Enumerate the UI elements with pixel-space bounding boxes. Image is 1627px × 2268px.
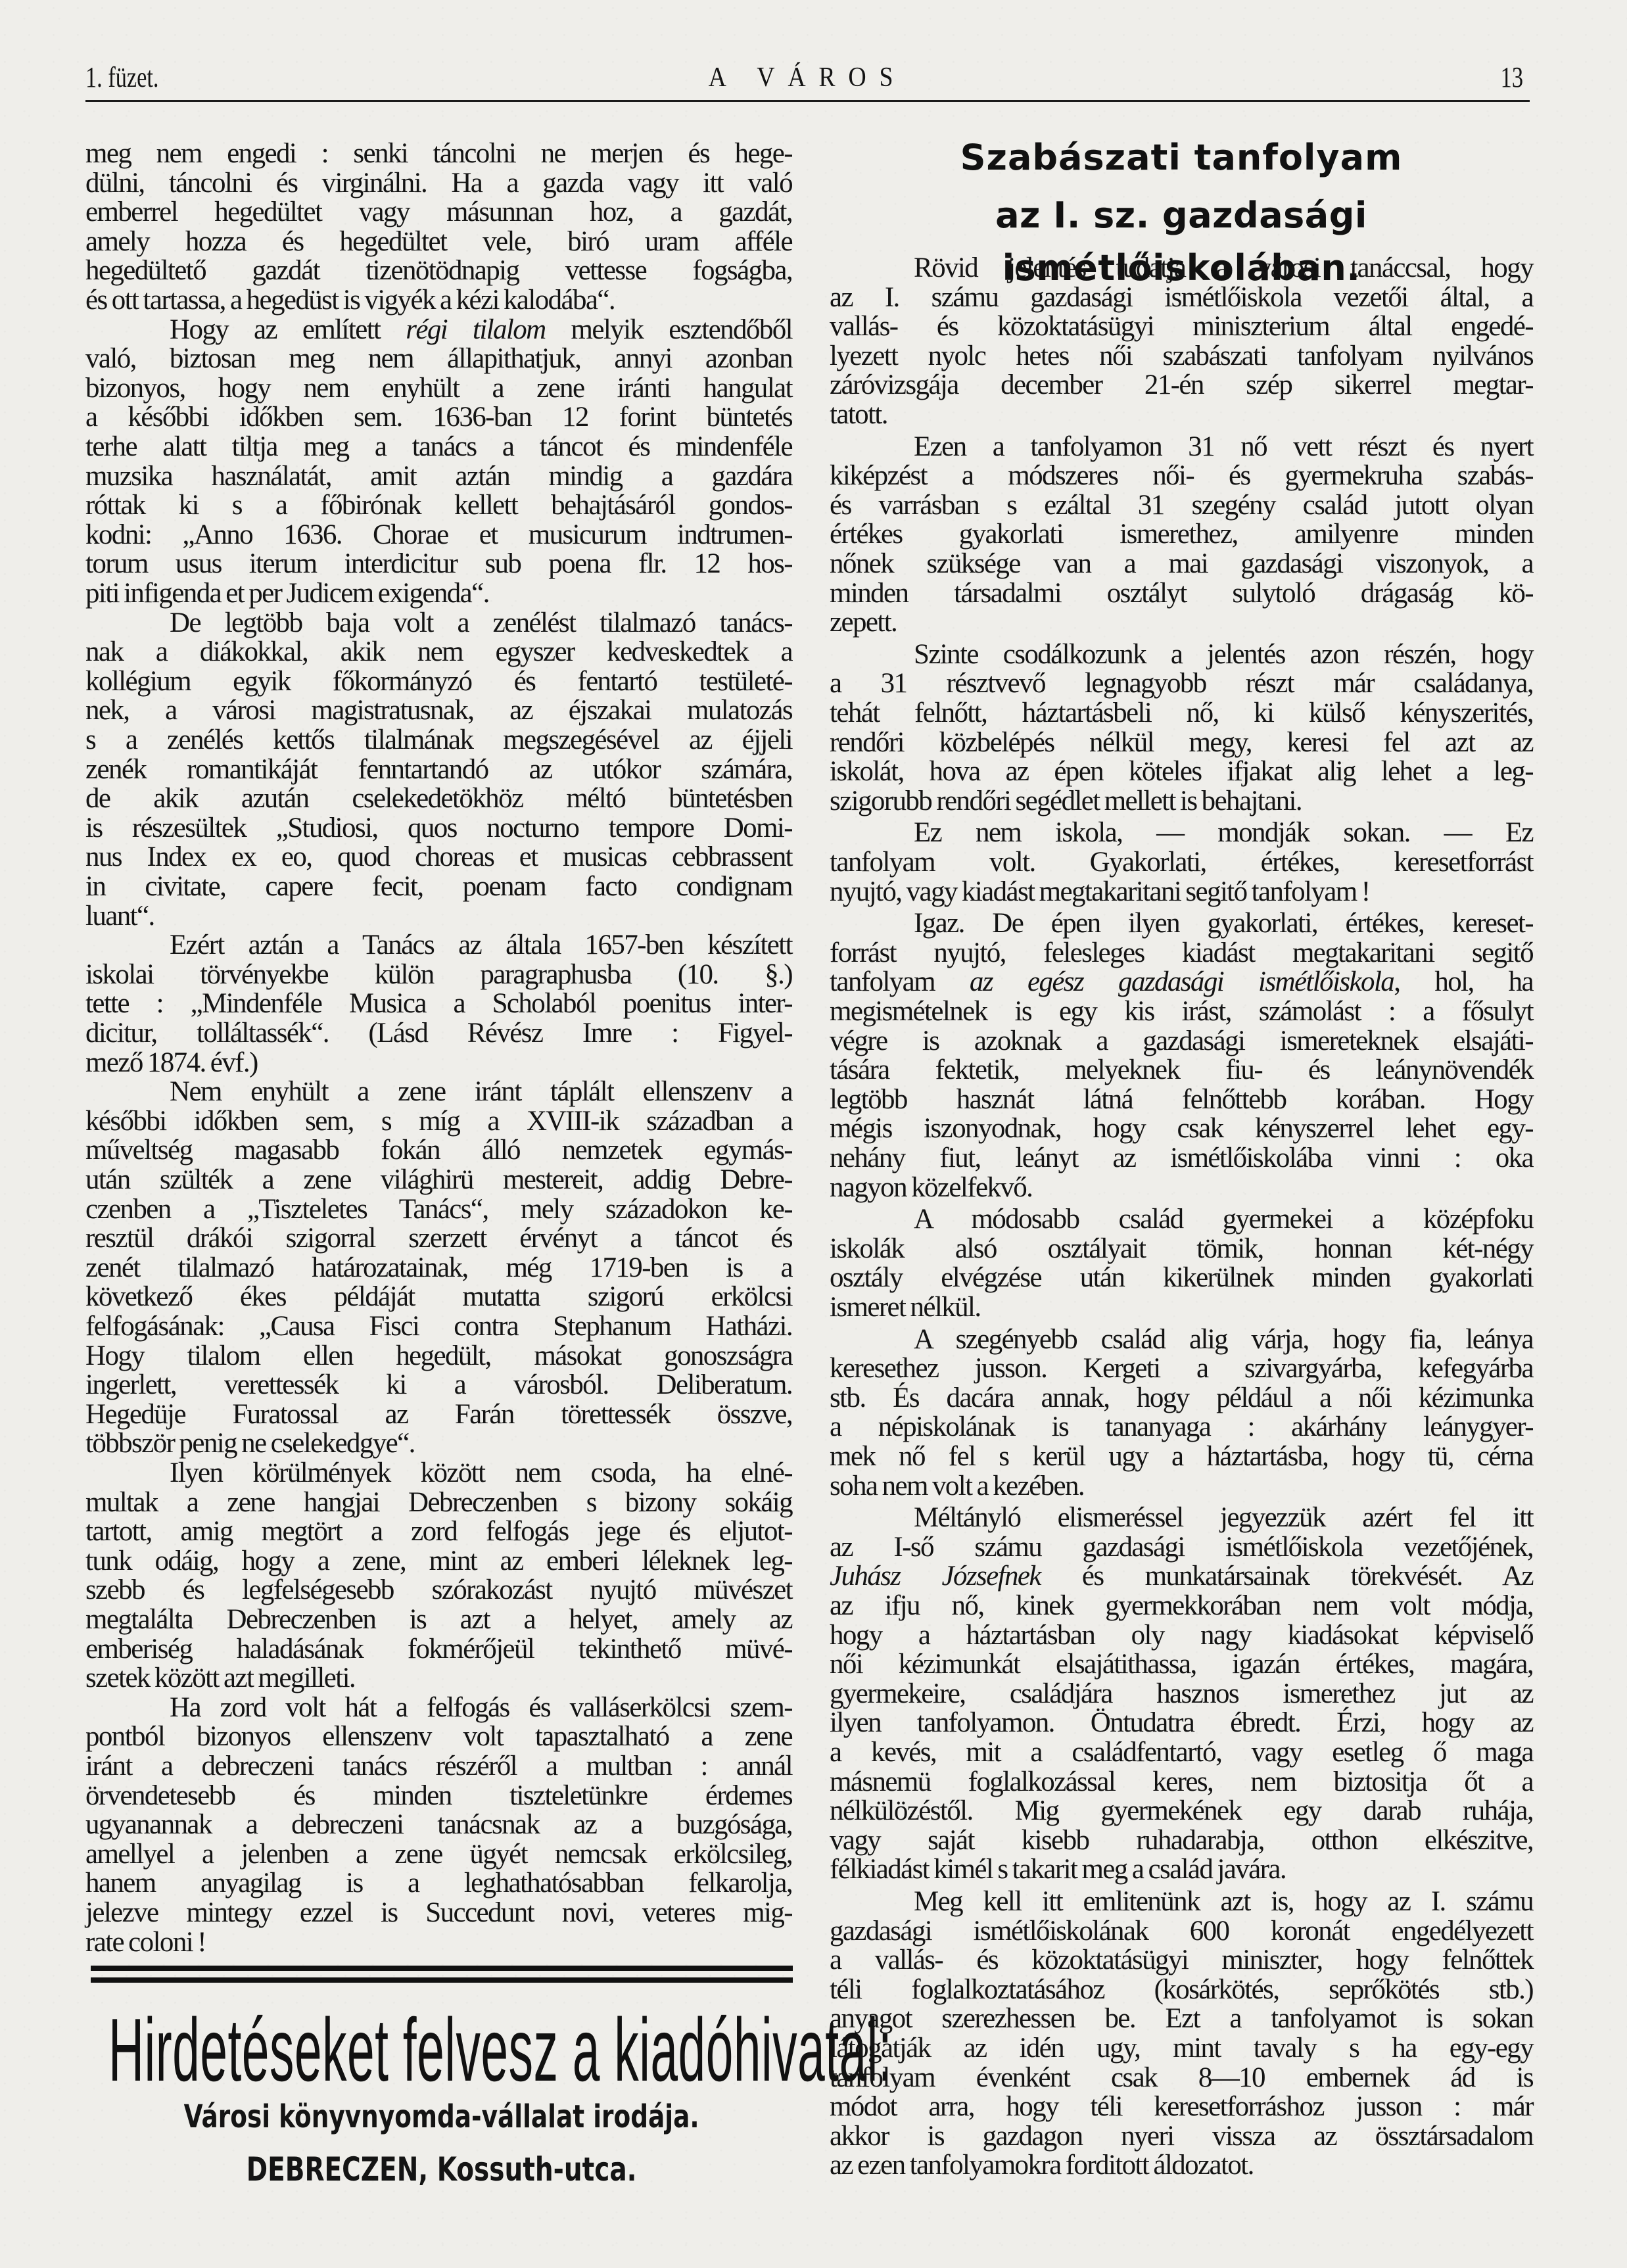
text-line-content: értékes gyakorlati ismerethez, amilyenre… (830, 520, 1533, 550)
text-line: akkor is gazdagon nyeri vissza az össztá… (830, 2122, 1533, 2152)
text-line: kodni: „Anno 1636. Chorae et musicurum i… (85, 521, 792, 550)
text-line-content: Ezen a tanfolyamon 31 nő vett részt és n… (830, 433, 1533, 462)
text-line: piti infigenda et per Judicem exigenda“. (85, 579, 792, 609)
text-line: tatott. (830, 400, 1533, 430)
text-line-content: pontból bizonyos ellenszenv volt tapaszt… (85, 1722, 792, 1752)
text-line: megismételnek is egy kis irást, számolás… (830, 997, 1533, 1027)
text-line-content: torum usus iterum interdicitur sub poena… (85, 550, 792, 579)
text-line: nőnek szüksége van a mai gazdasági viszo… (830, 550, 1533, 579)
text-line-content: az I. számu gazdasági ismétlőiskola veze… (830, 283, 1533, 313)
text-line: De legtöbb baja volt a zenélést tilalmaz… (85, 609, 792, 638)
text-line: Ezen a tanfolyamon 31 nő vett részt és n… (830, 433, 1533, 462)
text-line-content: mek nő fel s kerül ugy a háztartásba, ho… (830, 1442, 1533, 1472)
text-line-content: nus Index ex eo, quod choreas et musicas… (85, 843, 792, 872)
text-line: iskolák alsó osztályait tömik, honnan ké… (830, 1235, 1533, 1264)
text-line: zepett. (830, 608, 1533, 638)
text-line: gazdasági ismétlőiskolának 600 koronát e… (830, 1917, 1533, 1947)
text-line: az I. számu gazdasági ismétlőiskola veze… (830, 283, 1533, 313)
text-line: félkiadást kimél s takarit meg a család … (830, 1855, 1533, 1885)
advertisement-rule-bottom (91, 1977, 793, 1983)
text-line-content: és ott tartassa, a hegedüst is vigyék a … (85, 286, 792, 316)
text-line-content: Juhász Józsefnek és munkatársainak törek… (830, 1562, 1533, 1592)
text-line-content: rendőri közbelépés nélkül megy, keresi f… (830, 728, 1533, 758)
text-line-content: A módosabb család gyermekei a középfoku (830, 1205, 1533, 1235)
text-line-content: másnemü foglalkozással keres, nem biztos… (830, 1768, 1533, 1797)
article-headline-line-1: Szabászati tanfolyam (830, 131, 1533, 184)
text-line: záróvizsgája december 21-én szép sikerre… (830, 371, 1533, 400)
text-line: resztül drákói szigorral szerzett érvény… (85, 1224, 792, 1254)
text-line-content: osztály elvégzése után kikerülnek minden… (830, 1264, 1533, 1293)
text-line-content: műveltség magasabb fokán álló nemzetek e… (85, 1136, 792, 1166)
text-line-content: muzsika használatát, amit aztán mindig a… (85, 462, 792, 492)
text-line: tette : „Mindenféle Musica a Scholaból p… (85, 989, 792, 1019)
text-line: czenben a „Tiszteletes Tanács“, mely szá… (85, 1195, 792, 1225)
text-line-content: szebb és legfelségesebb szórakozást nyuj… (85, 1576, 792, 1605)
text-line: módot arra, hogy téli keresetforráshoz j… (830, 2092, 1533, 2122)
advertisement-address: DEBRECZEN, Kossuth-utca. (91, 2150, 793, 2189)
text-line: meg nem engedi : senki táncolni ne merje… (85, 139, 792, 169)
text-line-content: nak a diákokkal, akik nem egyszer kedves… (85, 638, 792, 667)
text-line-content: Ezért aztán a Tanács az általa 1657-ben … (85, 931, 792, 960)
text-line-content: Méltányló elismeréssel jegyezzük azért f… (830, 1503, 1533, 1533)
text-line: megtalálta Debreczenben is azt a helyet,… (85, 1605, 792, 1635)
text-line: amely hozza és hegedültet vele, biró ura… (85, 227, 792, 257)
text-line-content: tartott, amig megtört a zord felfogás je… (85, 1517, 792, 1547)
text-line: hanem anyagilag is a leghathatósabban fe… (85, 1869, 792, 1899)
text-line-content: vallás- és közoktatásügyi miniszterium á… (830, 312, 1533, 342)
text-line: Ha zord volt hát a felfogás és valláserk… (85, 1693, 792, 1723)
text-line: Meg kell itt emlitenünk azt is, hogy az … (830, 1887, 1533, 1917)
text-line: való, biztosan meg nem állapithatjuk, an… (85, 344, 792, 374)
text-line-content: a későbbi időkben sem. 1636-ban 12 forin… (85, 403, 792, 433)
text-line: Hogy az említett régi tilalom melyik esz… (85, 316, 792, 345)
text-line: dicitur, tolláltassék“. (Lásd Révész Imr… (85, 1019, 792, 1049)
text-line-content: legtöbb hasznát látná felnőttebb korában… (830, 1085, 1533, 1115)
text-line-content: nek, a városi magistratusnak, az éjszaka… (85, 696, 792, 726)
text-line-content: zenét tilalmazó határozatainak, még 1719… (85, 1254, 792, 1283)
text-line: Szinte csodálkozunk a jelentés azon rész… (830, 640, 1533, 670)
text-line-content: Hogy tilalom ellen hegedült, másokat gon… (85, 1342, 792, 1371)
text-line: róttak ki s a főbirónak kellett behajtás… (85, 491, 792, 521)
text-line: bizonyos, hogy nem enyhült a zene iránti… (85, 374, 792, 404)
text-line: kiképzést a módszeres női- és gyermekruh… (830, 461, 1533, 491)
text-line: a vallás- és közoktatásügyi miniszter, h… (830, 1946, 1533, 1975)
text-line: keresethez jusson. Kergeti a szivargyárb… (830, 1354, 1533, 1384)
text-line: ismeret nélkül. (830, 1293, 1533, 1323)
text-line: mégis iszonyodnak, hogy csak kényszerrel… (830, 1114, 1533, 1144)
text-line-content: mező 1874. évf.) (85, 1049, 792, 1078)
text-line: nak a diákokkal, akik nem egyszer kedves… (85, 638, 792, 667)
text-line: forrást nyujtó, felesleges kiadást megta… (830, 939, 1533, 968)
text-line-content: terhe alatt tiltja meg a tanács a táncot… (85, 433, 792, 462)
text-line-content: szetek között azt megilleti. (85, 1664, 792, 1693)
text-line: a kevés, mit a családfentartó, vagy eset… (830, 1738, 1533, 1768)
newspaper-page: 1. füzet. A VÁROS 13 meg nem engedi : se… (0, 0, 1627, 2268)
text-line: emberiség haladásának fokmérőjeül tekint… (85, 1635, 792, 1665)
text-line: műveltség magasabb fokán álló nemzetek e… (85, 1136, 792, 1166)
text-line: és varrásban s ezáltal 31 szegény család… (830, 491, 1533, 521)
text-line-content: stb. És dacára annak, hogy például a női… (830, 1384, 1533, 1413)
text-line: tására fektetik, melyeknek fiu- és leány… (830, 1056, 1533, 1085)
text-line-content: megtalálta Debreczenben is azt a helyet,… (85, 1605, 792, 1635)
text-line: szetek között azt megilleti. (85, 1664, 792, 1693)
text-line: az ifju nő, kinek gyermekkorában nem vol… (830, 1592, 1533, 1621)
text-line: zenék romantikáját fenntartandó az utóko… (85, 755, 792, 785)
text-line: zenét tilalmazó határozatainak, még 1719… (85, 1254, 792, 1283)
text-line-content: félkiadást kimél s takarit meg a család … (830, 1855, 1533, 1885)
text-line: következő ékes példáját mutatta szigorú … (85, 1283, 792, 1312)
text-line-content: nyujtó, vagy kiadást megtakaritani segit… (830, 878, 1533, 907)
text-line: örvendetesebb és minden tiszteletünkre é… (85, 1782, 792, 1811)
text-line: későbbi időkben sem, s míg a XVIII-ik sz… (85, 1107, 792, 1137)
text-line-content: is részesültek „Studiosi, quos nocturno … (85, 814, 792, 843)
text-line-content: tatott. (830, 400, 1533, 430)
text-line-content: A szegényebb család alig várja, hogy fia… (830, 1325, 1533, 1355)
text-line: torum usus iterum interdicitur sub poena… (85, 550, 792, 579)
text-line: Ezért aztán a Tanács az általa 1657-ben … (85, 931, 792, 960)
text-line-content: Ez nem iskola, — mondják sokan. — Ez (830, 818, 1533, 848)
text-line: a 31 résztvevő legnagyobb részt már csal… (830, 669, 1533, 699)
text-line: rate coloni ! (85, 1928, 792, 1958)
text-line: rendőri közbelépés nélkül megy, keresi f… (830, 728, 1533, 758)
text-line-content: akkor is gazdagon nyeri vissza az össztá… (830, 2122, 1533, 2152)
text-line: a későbbi időkben sem. 1636-ban 12 forin… (85, 403, 792, 433)
text-line: az ezen tanfolyamokra forditott áldozato… (830, 2151, 1533, 2181)
text-line-content: gazdasági ismétlőiskolának 600 koronát e… (830, 1917, 1533, 1947)
text-line: szigorubb rendőri segédlet mellett is be… (830, 787, 1533, 816)
text-line-content: iskolák alsó osztályait tömik, honnan ké… (830, 1235, 1533, 1264)
header-rule (85, 100, 1530, 102)
text-line: anyagot szerezhessen be. Ezt a tanfolyam… (830, 2004, 1533, 2034)
text-line: Méltányló elismeréssel jegyezzük azért f… (830, 1503, 1533, 1533)
text-line: hogy a háztartásban oly nagy kiadásokat … (830, 1621, 1533, 1651)
text-line: jelezve mintegy ezzel is Succedunt novi,… (85, 1899, 792, 1928)
text-line: felfogásának: „Causa Fisci contra Stepha… (85, 1312, 792, 1342)
text-line-content: hegedültető gazdát tizenötödnapig vettes… (85, 256, 792, 286)
text-line-content: ismeret nélkül. (830, 1293, 1533, 1323)
text-line-content: luant“. (85, 902, 792, 932)
text-line-content: multak a zene hangjai Debreczenben s biz… (85, 1488, 792, 1518)
text-line: látogatják az idén ugy, mint tavaly s ha… (830, 2034, 1533, 2064)
text-line-content: módot arra, hogy téli keresetforráshoz j… (830, 2092, 1533, 2122)
text-line-content: örvendetesebb és minden tiszteletünkre é… (85, 1782, 792, 1811)
text-line: Juhász Józsefnek és munkatársainak törek… (830, 1562, 1533, 1592)
text-line: pontból bizonyos ellenszenv volt tapaszt… (85, 1722, 792, 1752)
text-line-content: tehát felnőtt, háztartásbeli nő, ki küls… (830, 699, 1533, 728)
text-line: végre is azoknak a gazdasági ismeretekne… (830, 1027, 1533, 1056)
text-line: ingerlett, verettessék ki a városból. De… (85, 1371, 792, 1400)
text-line: osztály elvégzése után kikerülnek minden… (830, 1264, 1533, 1293)
text-line: tanfolyam az egész gazdasági ismétlőisko… (830, 968, 1533, 997)
text-line-content: lyezett nyolc hetes női szabászati tanfo… (830, 342, 1533, 371)
text-line-content: ingerlett, verettessék ki a városból. De… (85, 1371, 792, 1400)
text-line: Rövid jelentés tudatja a városi tanáccsa… (830, 254, 1533, 283)
text-line-content: dicitur, tolláltassék“. (Lásd Révész Imr… (85, 1019, 792, 1049)
text-line: vallás- és közoktatásügyi miniszterium á… (830, 312, 1533, 342)
text-line: muzsika használatát, amit aztán mindig a… (85, 462, 792, 492)
text-line: is részesültek „Studiosi, quos nocturno … (85, 814, 792, 843)
text-line-content: s a zenélés kettős tilalmának megszegésé… (85, 726, 792, 755)
text-line: A módosabb család gyermekei a középfoku (830, 1205, 1533, 1235)
text-line-content: tanfolyam volt. Gyakorlati, értékes, ker… (830, 848, 1533, 878)
text-line-content: soha nem volt a kezében. (830, 1472, 1533, 1501)
text-line-content: záróvizsgája december 21-én szép sikerre… (830, 371, 1533, 400)
text-line: gyermekeire, családjára hasznos ismereth… (830, 1680, 1533, 1709)
text-line: iránt a debreczeni tanács részéről a mul… (85, 1752, 792, 1782)
text-line-content: az I-ső számu gazdasági ismétlőiskola ve… (830, 1533, 1533, 1563)
text-line: s a zenélés kettős tilalmának megszegésé… (85, 726, 792, 755)
text-line-content: amellyel a jelenben a zene ügyét nemcsak… (85, 1840, 792, 1870)
text-line: ilyen tanfolyamon. Öntudatra ébredt. Érz… (830, 1709, 1533, 1738)
text-line: Ilyen körülmények között nem csoda, ha e… (85, 1459, 792, 1488)
text-line-content: kiképzést a módszeres női- és gyermekruh… (830, 461, 1533, 491)
text-line: tanfolyam évenként csak 8—10 embernek ád… (830, 2064, 1533, 2093)
text-line: emberrel hegedültet vagy másunnan hoz, a… (85, 198, 792, 227)
text-line: multak a zene hangjai Debreczenben s biz… (85, 1488, 792, 1518)
text-line: nus Index ex eo, quod choreas et musicas… (85, 843, 792, 872)
text-line-content: tunk odáig, hogy a zene, mint az emberi … (85, 1547, 792, 1576)
text-line-content: a népiskolának is tananyaga : akárhány l… (830, 1413, 1533, 1442)
text-line: iskolát, hova az épen köteles ifjakat al… (830, 757, 1533, 787)
text-line-content: nélkülözéstől. Mig gyermekének egy darab… (830, 1797, 1533, 1826)
text-line-content: gyermekeire, családjára hasznos ismereth… (830, 1680, 1533, 1709)
text-line-content: végre is azoknak a gazdasági ismeretekne… (830, 1027, 1533, 1056)
text-line: nélkülözéstől. Mig gyermekének egy darab… (830, 1797, 1533, 1826)
text-line: Igaz. De épen ilyen gyakorlati, értékes,… (830, 909, 1533, 939)
text-line-content: következő ékes példáját mutatta szigorú … (85, 1283, 792, 1312)
text-line-content: anyagot szerezhessen be. Ezt a tanfolyam… (830, 2004, 1533, 2034)
text-line-content: Hogy az említett régi tilalom melyik esz… (85, 316, 792, 345)
text-line: legtöbb hasznát látná felnőttebb korában… (830, 1085, 1533, 1115)
text-line-content: czenben a „Tiszteletes Tanács“, mely szá… (85, 1195, 792, 1225)
text-line: többször penig ne cselekedgye“. (85, 1429, 792, 1459)
text-line: mek nő fel s kerül ugy a háztartásba, ho… (830, 1442, 1533, 1472)
text-line-content: rate coloni ! (85, 1928, 792, 1958)
text-line-content: meg nem engedi : senki táncolni ne merje… (85, 139, 792, 169)
text-line-content: nehány fiut, leányt az ismétlőiskolába v… (830, 1144, 1533, 1173)
text-line-content: nagyon közelfekvő. (830, 1173, 1533, 1203)
text-line-content: emberrel hegedültet vagy másunnan hoz, a… (85, 198, 792, 227)
text-line-content: női kézimunkát elsajátithassa, igazán ér… (830, 1650, 1533, 1680)
text-line: szebb és legfelségesebb szórakozást nyuj… (85, 1576, 792, 1605)
text-line: tunk odáig, hogy a zene, mint az emberi … (85, 1547, 792, 1576)
text-line-content: kodni: „Anno 1636. Chorae et musicurum i… (85, 521, 792, 550)
text-line: női kézimunkát elsajátithassa, igazán ér… (830, 1650, 1533, 1680)
text-line-content: Ilyen körülmények között nem csoda, ha e… (85, 1459, 792, 1488)
text-line-content: róttak ki s a főbirónak kellett behajtás… (85, 491, 792, 521)
text-line-content: forrást nyujtó, felesleges kiadást megta… (830, 939, 1533, 968)
text-line-content: Szinte csodálkozunk a jelentés azon rész… (830, 640, 1533, 670)
text-line: stb. És dacára annak, hogy például a női… (830, 1384, 1533, 1413)
text-line-content: Ha zord volt hát a felfogás és valláserk… (85, 1693, 792, 1723)
text-line-content: in civitate, capere fecit, poenam facto … (85, 872, 792, 902)
text-line-content: resztül drákói szigorral szerzett érvény… (85, 1224, 792, 1254)
italic-text: Juhász Józsefnek (830, 1561, 1041, 1592)
advertisement-headline: Hirdetéseket felvesz a kiadóhivatal: (108, 2010, 484, 2089)
text-line-content: Rövid jelentés tudatja a városi tanáccsa… (830, 254, 1533, 283)
text-line: a népiskolának is tananyaga : akárhány l… (830, 1413, 1533, 1442)
text-line-content: nőnek szüksége van a mai gazdasági viszo… (830, 550, 1533, 579)
text-line-content: tására fektetik, melyeknek fiu- és leány… (830, 1056, 1533, 1085)
text-line: tehát felnőtt, háztartásbeli nő, ki küls… (830, 699, 1533, 728)
text-line-content: az ezen tanfolyamokra forditott áldozato… (830, 2151, 1533, 2181)
text-line-content: Meg kell itt emlitenünk azt is, hogy az … (830, 1887, 1533, 1917)
text-line-content: megismételnek is egy kis irást, számolás… (830, 997, 1533, 1027)
text-line-content: minden társadalmi osztályt sulytoló drág… (830, 579, 1533, 609)
text-line: de akik azután cselekedetökhöz méltó bün… (85, 784, 792, 814)
text-line-content: zenék romantikáját fenntartandó az utóko… (85, 755, 792, 785)
text-line: Hegedüje Furatossal az Farán törettessék… (85, 1400, 792, 1430)
text-line-content: kollégium egyik főkormányzó és fentartó … (85, 667, 792, 697)
advertisement-address-text: DEBRECZEN, Kossuth-utca. (247, 2150, 637, 2189)
text-line: luant“. (85, 902, 792, 932)
text-line-content: tanfolyam évenként csak 8—10 embernek ád… (830, 2064, 1533, 2093)
text-line: mező 1874. évf.) (85, 1049, 792, 1078)
text-line-content: Igaz. De épen ilyen gyakorlati, értékes,… (830, 909, 1533, 939)
text-line: kollégium egyik főkormányzó és fentartó … (85, 667, 792, 697)
italic-text: régi tilalom (406, 314, 545, 345)
text-line-content: a vallás- és közoktatásügyi miniszter, h… (830, 1946, 1533, 1975)
publication-title: A VÁROS (708, 58, 906, 97)
text-line-content: téli foglalkoztatásához (kosárkötés, sep… (830, 1975, 1533, 2005)
text-line: ugyanannak a debreczeni tanácsnak az a b… (85, 1810, 792, 1840)
text-line-content: hanem anyagilag is a leghathatósabban fe… (85, 1869, 792, 1899)
text-line: és ott tartassa, a hegedüst is vigyék a … (85, 286, 792, 316)
text-line: amellyel a jelenben a zene ügyét nemcsak… (85, 1840, 792, 1870)
advertisement-rule-top (91, 1966, 793, 1971)
text-line: nagyon közelfekvő. (830, 1173, 1533, 1203)
text-line: értékes gyakorlati ismerethez, amilyenre… (830, 520, 1533, 550)
text-line-content: iránt a debreczeni tanács részéről a mul… (85, 1752, 792, 1782)
text-line: vagy saját kisebb ruhadarabja, otthon el… (830, 1826, 1533, 1856)
issue-label: 1. füzet. (85, 58, 158, 97)
text-line: minden társadalmi osztályt sulytoló drág… (830, 579, 1533, 609)
italic-text: az egész gazdasági ismétlőiskola (970, 966, 1394, 997)
advertisement-office: Városi könyvnyomda-vállalat irodája. (91, 2097, 793, 2137)
text-line: lyezett nyolc hetes női szabászati tanfo… (830, 342, 1533, 371)
text-line-content: amely hozza és hegedültet vele, biró ura… (85, 227, 792, 257)
advertisement-office-text: Városi könyvnyomda-vállalat irodája. (184, 2097, 699, 2137)
text-line-content: jelezve mintegy ezzel is Succedunt novi,… (85, 1899, 792, 1928)
text-line: iskolai törvényekbe külön paragraphusba … (85, 960, 792, 990)
text-line-content: iskolát, hova az épen köteles ifjakat al… (830, 757, 1533, 787)
text-line: nehány fiut, leányt az ismétlőiskolába v… (830, 1144, 1533, 1173)
text-line-content: keresethez jusson. Kergeti a szivargyárb… (830, 1354, 1533, 1384)
text-line: az I-ső számu gazdasági ismétlőiskola ve… (830, 1533, 1533, 1563)
text-line-content: bizonyos, hogy nem enyhült a zene iránti… (85, 374, 792, 404)
text-line: in civitate, capere fecit, poenam facto … (85, 872, 792, 902)
text-line-content: Nem enyhült a zene iránt táplált ellensz… (85, 1077, 792, 1107)
text-line-content: dülni, táncolni és virginálni. Ha a gazd… (85, 169, 792, 199)
text-line-content: a 31 résztvevő legnagyobb részt már csal… (830, 669, 1533, 699)
text-line: Nem enyhült a zene iránt táplált ellensz… (85, 1077, 792, 1107)
text-line: dülni, táncolni és virginálni. Ha a gazd… (85, 169, 792, 199)
text-line: másnemü foglalkozással keres, nem biztos… (830, 1768, 1533, 1797)
text-line-content: vagy saját kisebb ruhadarabja, otthon el… (830, 1826, 1533, 1856)
text-line: téli foglalkoztatásához (kosárkötés, sep… (830, 1975, 1533, 2005)
running-header: 1. füzet. A VÁROS 13 (85, 58, 1528, 97)
page-number: 13 (1501, 58, 1523, 97)
text-line: terhe alatt tiltja meg a tanács a táncot… (85, 433, 792, 462)
text-line-content: emberiség haladásának fokmérőjeül tekint… (85, 1635, 792, 1665)
text-line-content: és varrásban s ezáltal 31 szegény család… (830, 491, 1533, 521)
text-line: után szülték a zene világhirü mestereit,… (85, 1166, 792, 1195)
text-line: soha nem volt a kezében. (830, 1472, 1533, 1501)
text-line-content: többször penig ne cselekedgye“. (85, 1429, 792, 1459)
text-line-content: tette : „Mindenféle Musica a Scholaból p… (85, 989, 792, 1019)
text-line-content: mégis iszonyodnak, hogy csak kényszerrel… (830, 1114, 1533, 1144)
text-line-content: látogatják az idén ugy, mint tavaly s ha… (830, 2034, 1533, 2064)
text-line: Ez nem iskola, — mondják sokan. — Ez (830, 818, 1533, 848)
text-line: tanfolyam volt. Gyakorlati, értékes, ker… (830, 848, 1533, 878)
text-line: Hogy tilalom ellen hegedült, másokat gon… (85, 1342, 792, 1371)
text-line-content: tanfolyam az egész gazdasági ismétlőisko… (830, 968, 1533, 997)
text-line-content: után szülték a zene világhirü mestereit,… (85, 1166, 792, 1195)
text-line-content: az ifju nő, kinek gyermekkorában nem vol… (830, 1592, 1533, 1621)
text-line-content: De legtöbb baja volt a zenélést tilalmaz… (85, 609, 792, 638)
text-line-content: ugyanannak a debreczeni tanácsnak az a b… (85, 1810, 792, 1840)
text-line-content: zepett. (830, 608, 1533, 638)
text-line: nek, a városi magistratusnak, az éjszaka… (85, 696, 792, 726)
text-line-content: való, biztosan meg nem állapithatjuk, an… (85, 344, 792, 374)
text-line-content: a kevés, mit a családfentartó, vagy eset… (830, 1738, 1533, 1768)
text-line-content: ilyen tanfolyamon. Öntudatra ébredt. Érz… (830, 1709, 1533, 1738)
text-line: tartott, amig megtört a zord felfogás je… (85, 1517, 792, 1547)
text-line-content: de akik azután cselekedetökhöz méltó bün… (85, 784, 792, 814)
text-line: hegedültető gazdát tizenötödnapig vettes… (85, 256, 792, 286)
text-line-content: iskolai törvényekbe külön paragraphusba … (85, 960, 792, 990)
text-line-content: felfogásának: „Causa Fisci contra Stepha… (85, 1312, 792, 1342)
text-line: A szegényebb család alig várja, hogy fia… (830, 1325, 1533, 1355)
text-line-content: Hegedüje Furatossal az Farán törettessék… (85, 1400, 792, 1430)
text-line: nyujtó, vagy kiadást megtakaritani segit… (830, 878, 1533, 907)
text-line-content: szigorubb rendőri segédlet mellett is be… (830, 787, 1533, 816)
text-line-content: későbbi időkben sem, s míg a XVIII-ik sz… (85, 1107, 792, 1137)
text-line-content: hogy a háztartásban oly nagy kiadásokat … (830, 1621, 1533, 1651)
text-line-content: piti infigenda et per Judicem exigenda“. (85, 579, 792, 609)
